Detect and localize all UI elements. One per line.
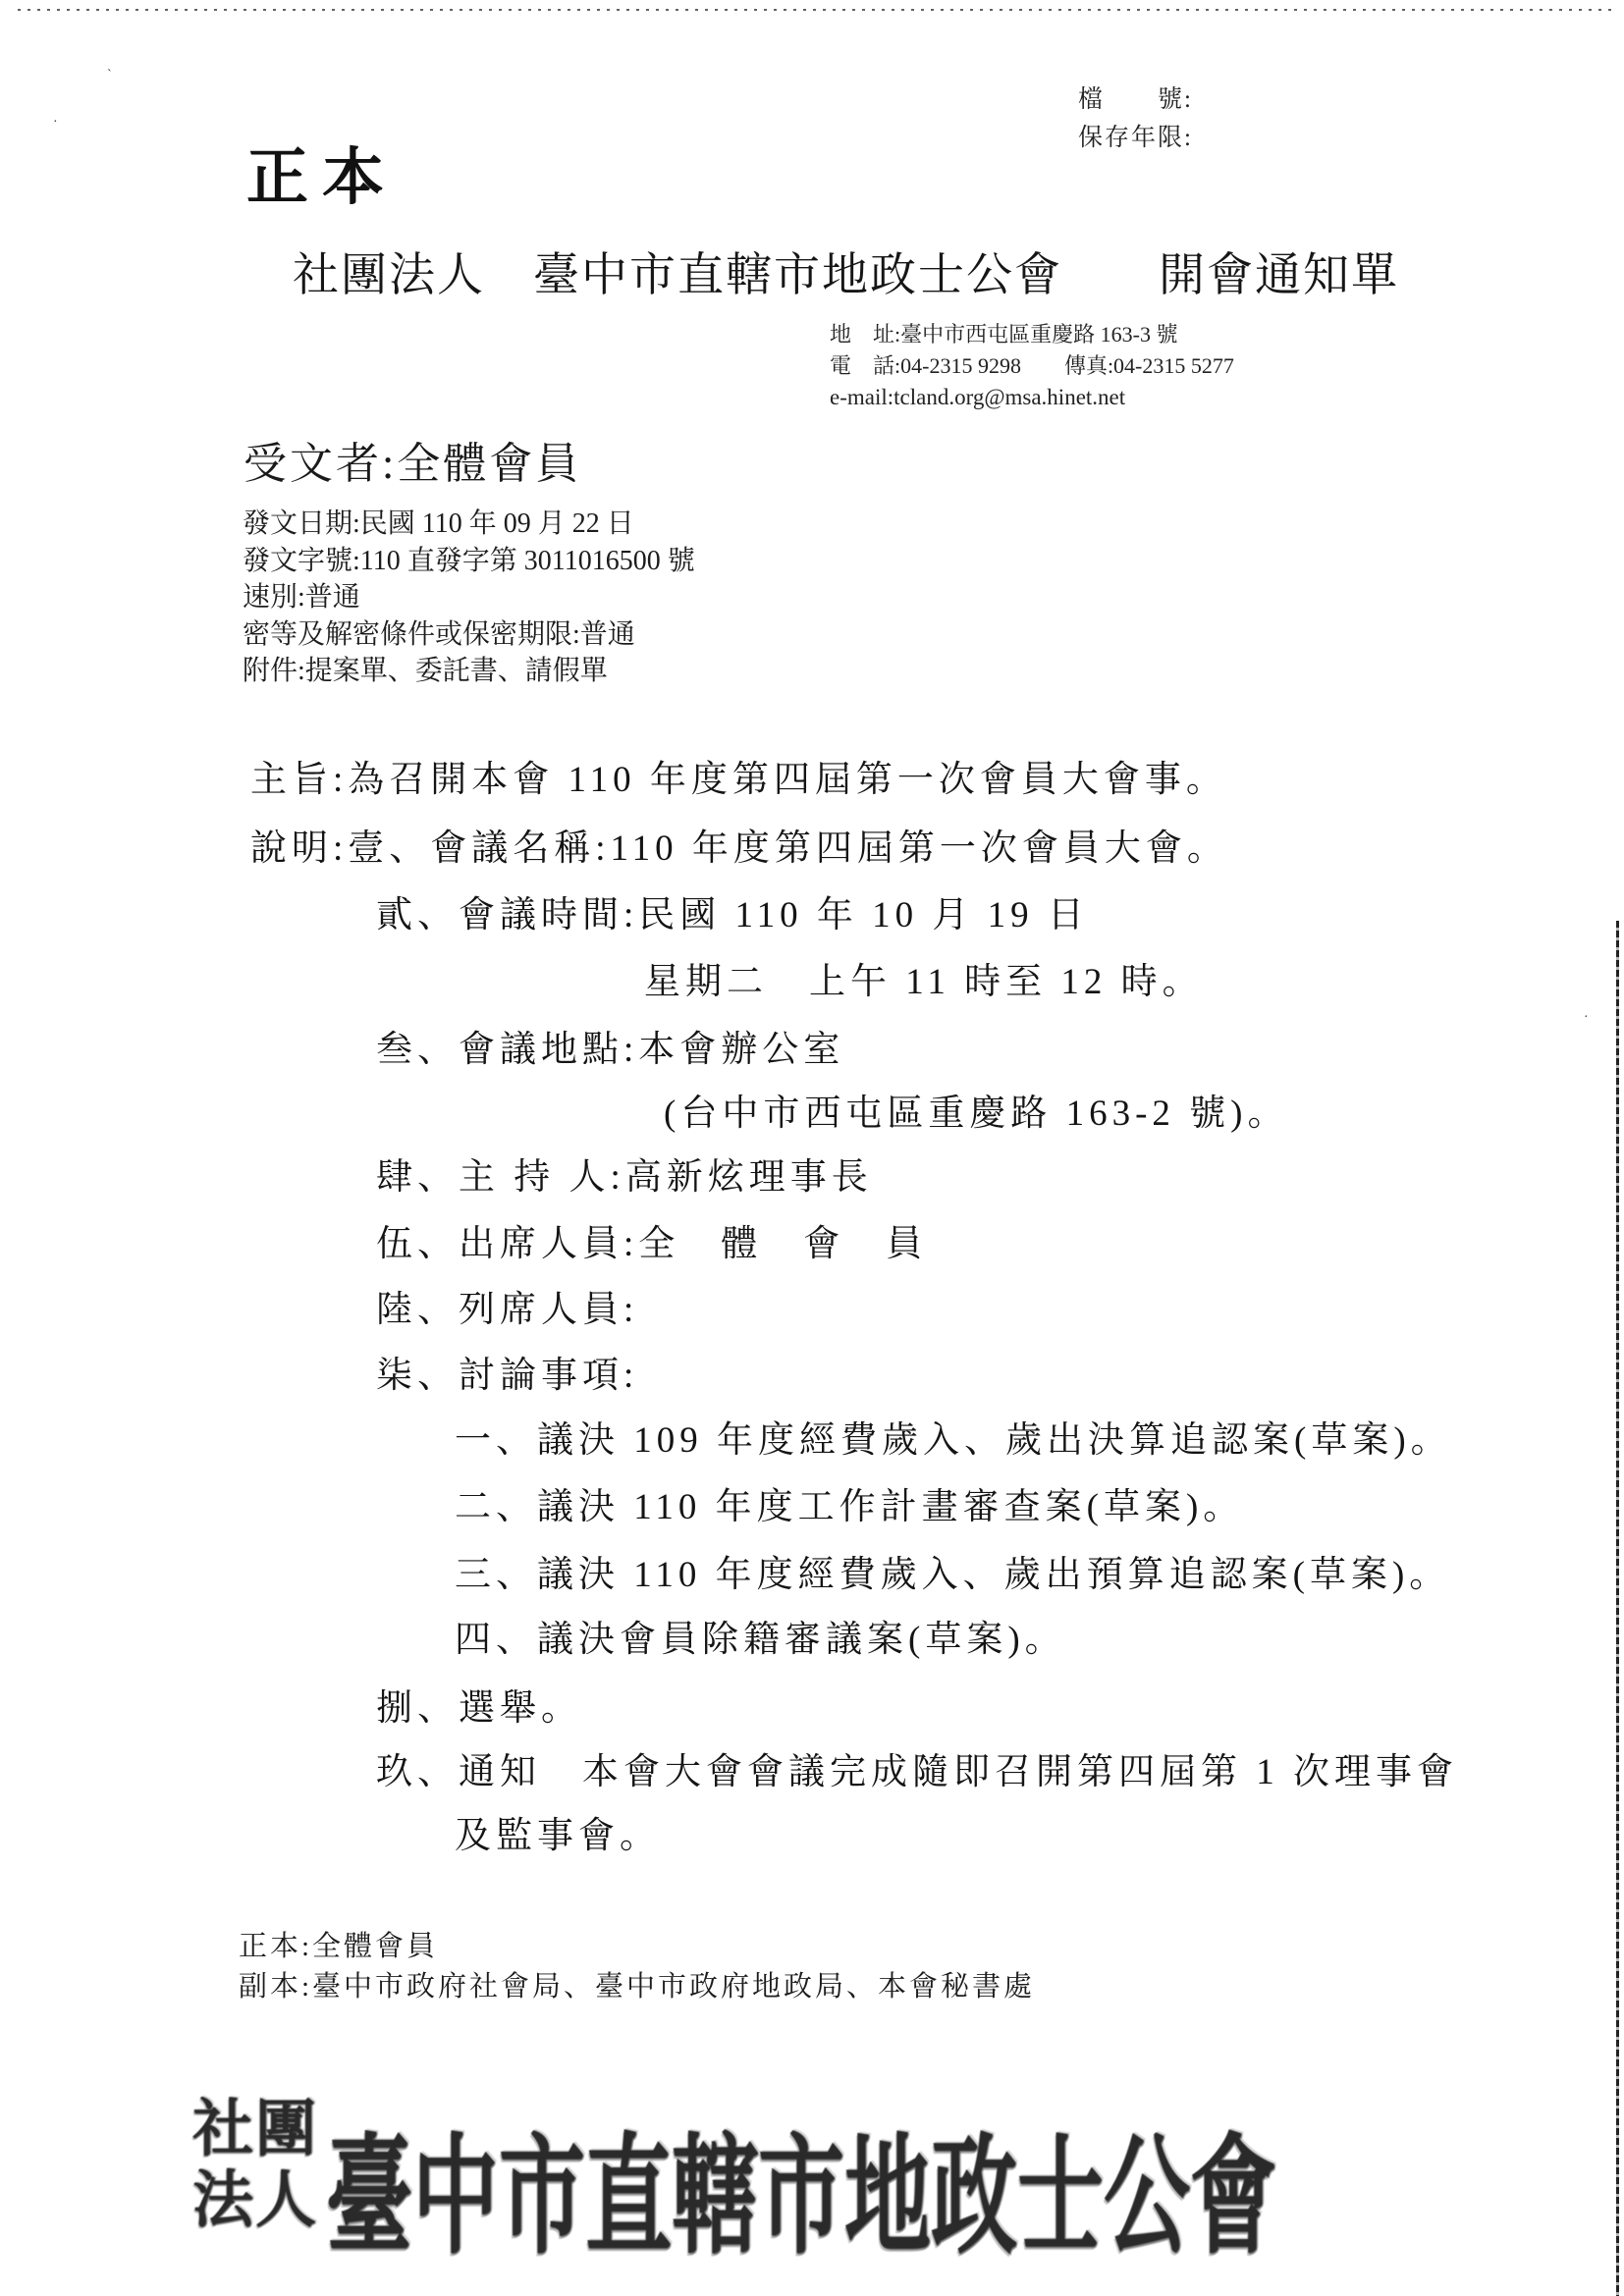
scanned-document-page: ` · · 檔 號: 保存年限: 正本 社團法人 臺中市直轄市地政士公會 開會通… xyxy=(0,0,1624,2296)
organization-stamp: 社團 法人 臺中市直轄市地政士公會 xyxy=(192,2094,1276,2233)
observers-line: 陸、列席人員: xyxy=(376,1279,638,1332)
notice-line: 玖、通知 本會大會會議完成隨即召開第四屆第 1 次理事會 xyxy=(376,1741,1458,1794)
archive-label-block: 檔 號: 保存年限: xyxy=(1078,80,1193,157)
scan-edge-dotted-line xyxy=(18,9,1614,11)
copy-distribution-line: 副本:臺中市政府社會局、臺中市政府地政局、本會秘書處 xyxy=(239,1964,1035,2004)
scan-speck: · xyxy=(53,118,58,128)
stamp-prefix-top: 社團 xyxy=(192,2094,318,2164)
retention-period-label: 保存年限: xyxy=(1078,119,1193,157)
scan-speck: ` xyxy=(107,71,112,80)
subject-line: 主旨:為召開本會 110 年度第四屆第一次會員大會事。 xyxy=(250,749,1227,802)
stamp-prefix-bottom: 法人 xyxy=(192,2164,318,2235)
explanation-item-1: 說明:壹、會議名稱:110 年度第四屆第一次會員大會。 xyxy=(250,818,1228,871)
attachments-line: 附件:提案單、委託書、請假單 xyxy=(243,653,695,690)
address-line: 地 址:臺中市西屯區重慶路 163-3 號 xyxy=(830,319,1234,350)
issue-date-line: 發文日期:民國 110 年 09 月 22 日 xyxy=(243,506,695,543)
scan-speck: · xyxy=(1584,1013,1589,1023)
contact-block: 地 址:臺中市西屯區重慶路 163-3 號 電 話:04-2315 9298 傳… xyxy=(830,319,1234,413)
security-line: 密等及解密條件或保密期限:普通 xyxy=(243,616,695,654)
file-number-label: 檔 號: xyxy=(1078,80,1193,119)
meeting-time-line: 貳、會議時間:民國 110 年 10 月 19 日 xyxy=(376,884,1089,937)
phone-fax-line: 電 話:04-2315 9298 傳真:04-2315 5277 xyxy=(830,350,1234,382)
stamp-prefix: 社團 法人 xyxy=(192,2094,318,2236)
original-distribution-line: 正本:全體會員 xyxy=(239,1924,438,1964)
chairperson-line: 肆、主 持 人:高新炫理事長 xyxy=(376,1147,873,1200)
discussion-item-2: 二、議決 110 年度工作計畫審查案(草案)。 xyxy=(455,1476,1244,1529)
meeting-place-line: 叁、會議地點:本會辦公室 xyxy=(376,1019,844,1072)
metadata-block: 發文日期:民國 110 年 09 月 22 日 發文字號:110 直發字第 30… xyxy=(243,506,695,690)
discussion-item-4: 四、議決會員除籍審議案(草案)。 xyxy=(455,1609,1066,1662)
stamp-org-name: 臺中市直轄市地政士公會 xyxy=(326,2094,1276,2279)
meeting-time-cont-line: 星期二 上午 11 時至 12 時。 xyxy=(644,951,1204,1004)
attendees-line: 伍、出席人員:全 體 會 員 xyxy=(376,1213,927,1266)
discussion-header-line: 柒、討論事項: xyxy=(376,1345,638,1398)
scan-edge-vertical-line xyxy=(1616,921,1619,2296)
doc-number-line: 發文字號:110 直發字第 3011016500 號 xyxy=(243,543,695,580)
speed-line: 速別:普通 xyxy=(243,579,695,616)
election-line: 捌、選舉。 xyxy=(376,1678,582,1731)
document-title: 社團法人 臺中市直轄市地政士公會 開會通知單 xyxy=(293,239,1399,304)
original-copy-marker: 正本 xyxy=(246,128,398,217)
discussion-item-3: 三、議決 110 年度經費歲入、歲出預算追認案(草案)。 xyxy=(455,1544,1450,1597)
discussion-item-1: 一、議決 109 年度經費歲入、歲出決算追認案(草案)。 xyxy=(455,1410,1452,1463)
email-line: e-mail:tcland.org@msa.hinet.net xyxy=(830,382,1234,413)
meeting-place-addr-line: (台中市西屯區重慶路 163-2 號)。 xyxy=(664,1083,1288,1136)
notice-cont-line: 及監事會。 xyxy=(455,1805,661,1858)
recipient-line: 受文者:全體會員 xyxy=(244,428,581,491)
